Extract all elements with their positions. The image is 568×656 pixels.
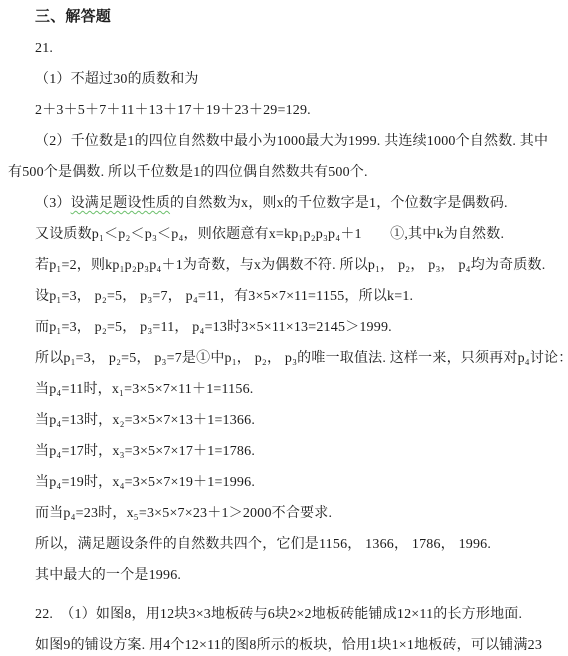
text-line-with-grammar-mark: （3）设满足题设性质的自然数为x，则x的千位数字是1，个位数字是偶数码. bbox=[8, 188, 564, 219]
text-line: 有500个是偶数. 所以千位数是1的四位偶自然数共有500个. bbox=[8, 157, 564, 188]
text-line: 若p₁=2，则kp₁p₂p₃p₄＋1为奇数，与x为偶数不符. 所以p₁， p₂，… bbox=[8, 250, 564, 281]
text-line: 而p₁=3， p₂=5， p₃=11， p₄=13时3×5×11×13=2145… bbox=[8, 312, 564, 343]
text-line: 22. （1）如图8，用12块3×3地板砖与6块2×2地板砖能铺成12×11的长… bbox=[8, 599, 564, 630]
text-line: （2）千位数是1的四位自然数中最小为1000最大为1999. 共连续1000个自… bbox=[8, 126, 564, 157]
text-segment: 的自然数为x，则x的千位数字是1，个位数字是偶数码. bbox=[170, 196, 508, 211]
text-line: 当p₄=13时，x₂=3×5×7×13＋1=1366. bbox=[8, 405, 564, 436]
text-line: 所以p₁=3， p₂=5， p₃=7是①中p₁， p₂， p₃的唯一取值法. 这… bbox=[8, 343, 564, 374]
text-line: 而当p₄=23时，x₅=3×5×7×23＋1＞2000不合要求. bbox=[8, 498, 564, 529]
grammar-underlined-text: 设满足题设性质 bbox=[71, 196, 170, 211]
text-line: 所以，满足题设条件的自然数共四个，它们是1156， 1366， 1786， 19… bbox=[8, 529, 564, 560]
text-line: 21. bbox=[8, 33, 564, 64]
text-line: 其中最大的一个是1996. bbox=[8, 560, 564, 591]
text-line: 当p₄=19时，x₄=3×5×7×19＋1=1996. bbox=[8, 467, 564, 498]
text-line: 如图9的铺设方案. 用4个12×11的图8所示的板块，恰用1块1×1地板砖，可以… bbox=[8, 630, 564, 656]
text-line: 当p₄=11时，x₁=3×5×7×11＋1=1156. bbox=[8, 374, 564, 405]
text-line: 当p₄=17时，x₃=3×5×7×17＋1=1786. bbox=[8, 436, 564, 467]
text-line: 2＋3＋5＋7＋11＋13＋17＋19＋23＋29=129. bbox=[8, 95, 564, 126]
text-line: 设p₁=3， p₂=5， p₃=7， p₄=11，有3×5×7×11=1155，… bbox=[8, 281, 564, 312]
text-line: （1）不超过30的质数和为 bbox=[8, 64, 564, 95]
text-segment: （3） bbox=[35, 196, 71, 211]
section-heading: 三、解答题 bbox=[8, 2, 564, 33]
answer-document: 三、解答题 21. （1）不超过30的质数和为 2＋3＋5＋7＋11＋13＋17… bbox=[0, 0, 568, 656]
text-line: 又设质数p₁＜p₂＜p₃＜p₄，则依题意有x=kp₁p₂p₃p₄＋1 ①,其中k… bbox=[8, 219, 564, 250]
